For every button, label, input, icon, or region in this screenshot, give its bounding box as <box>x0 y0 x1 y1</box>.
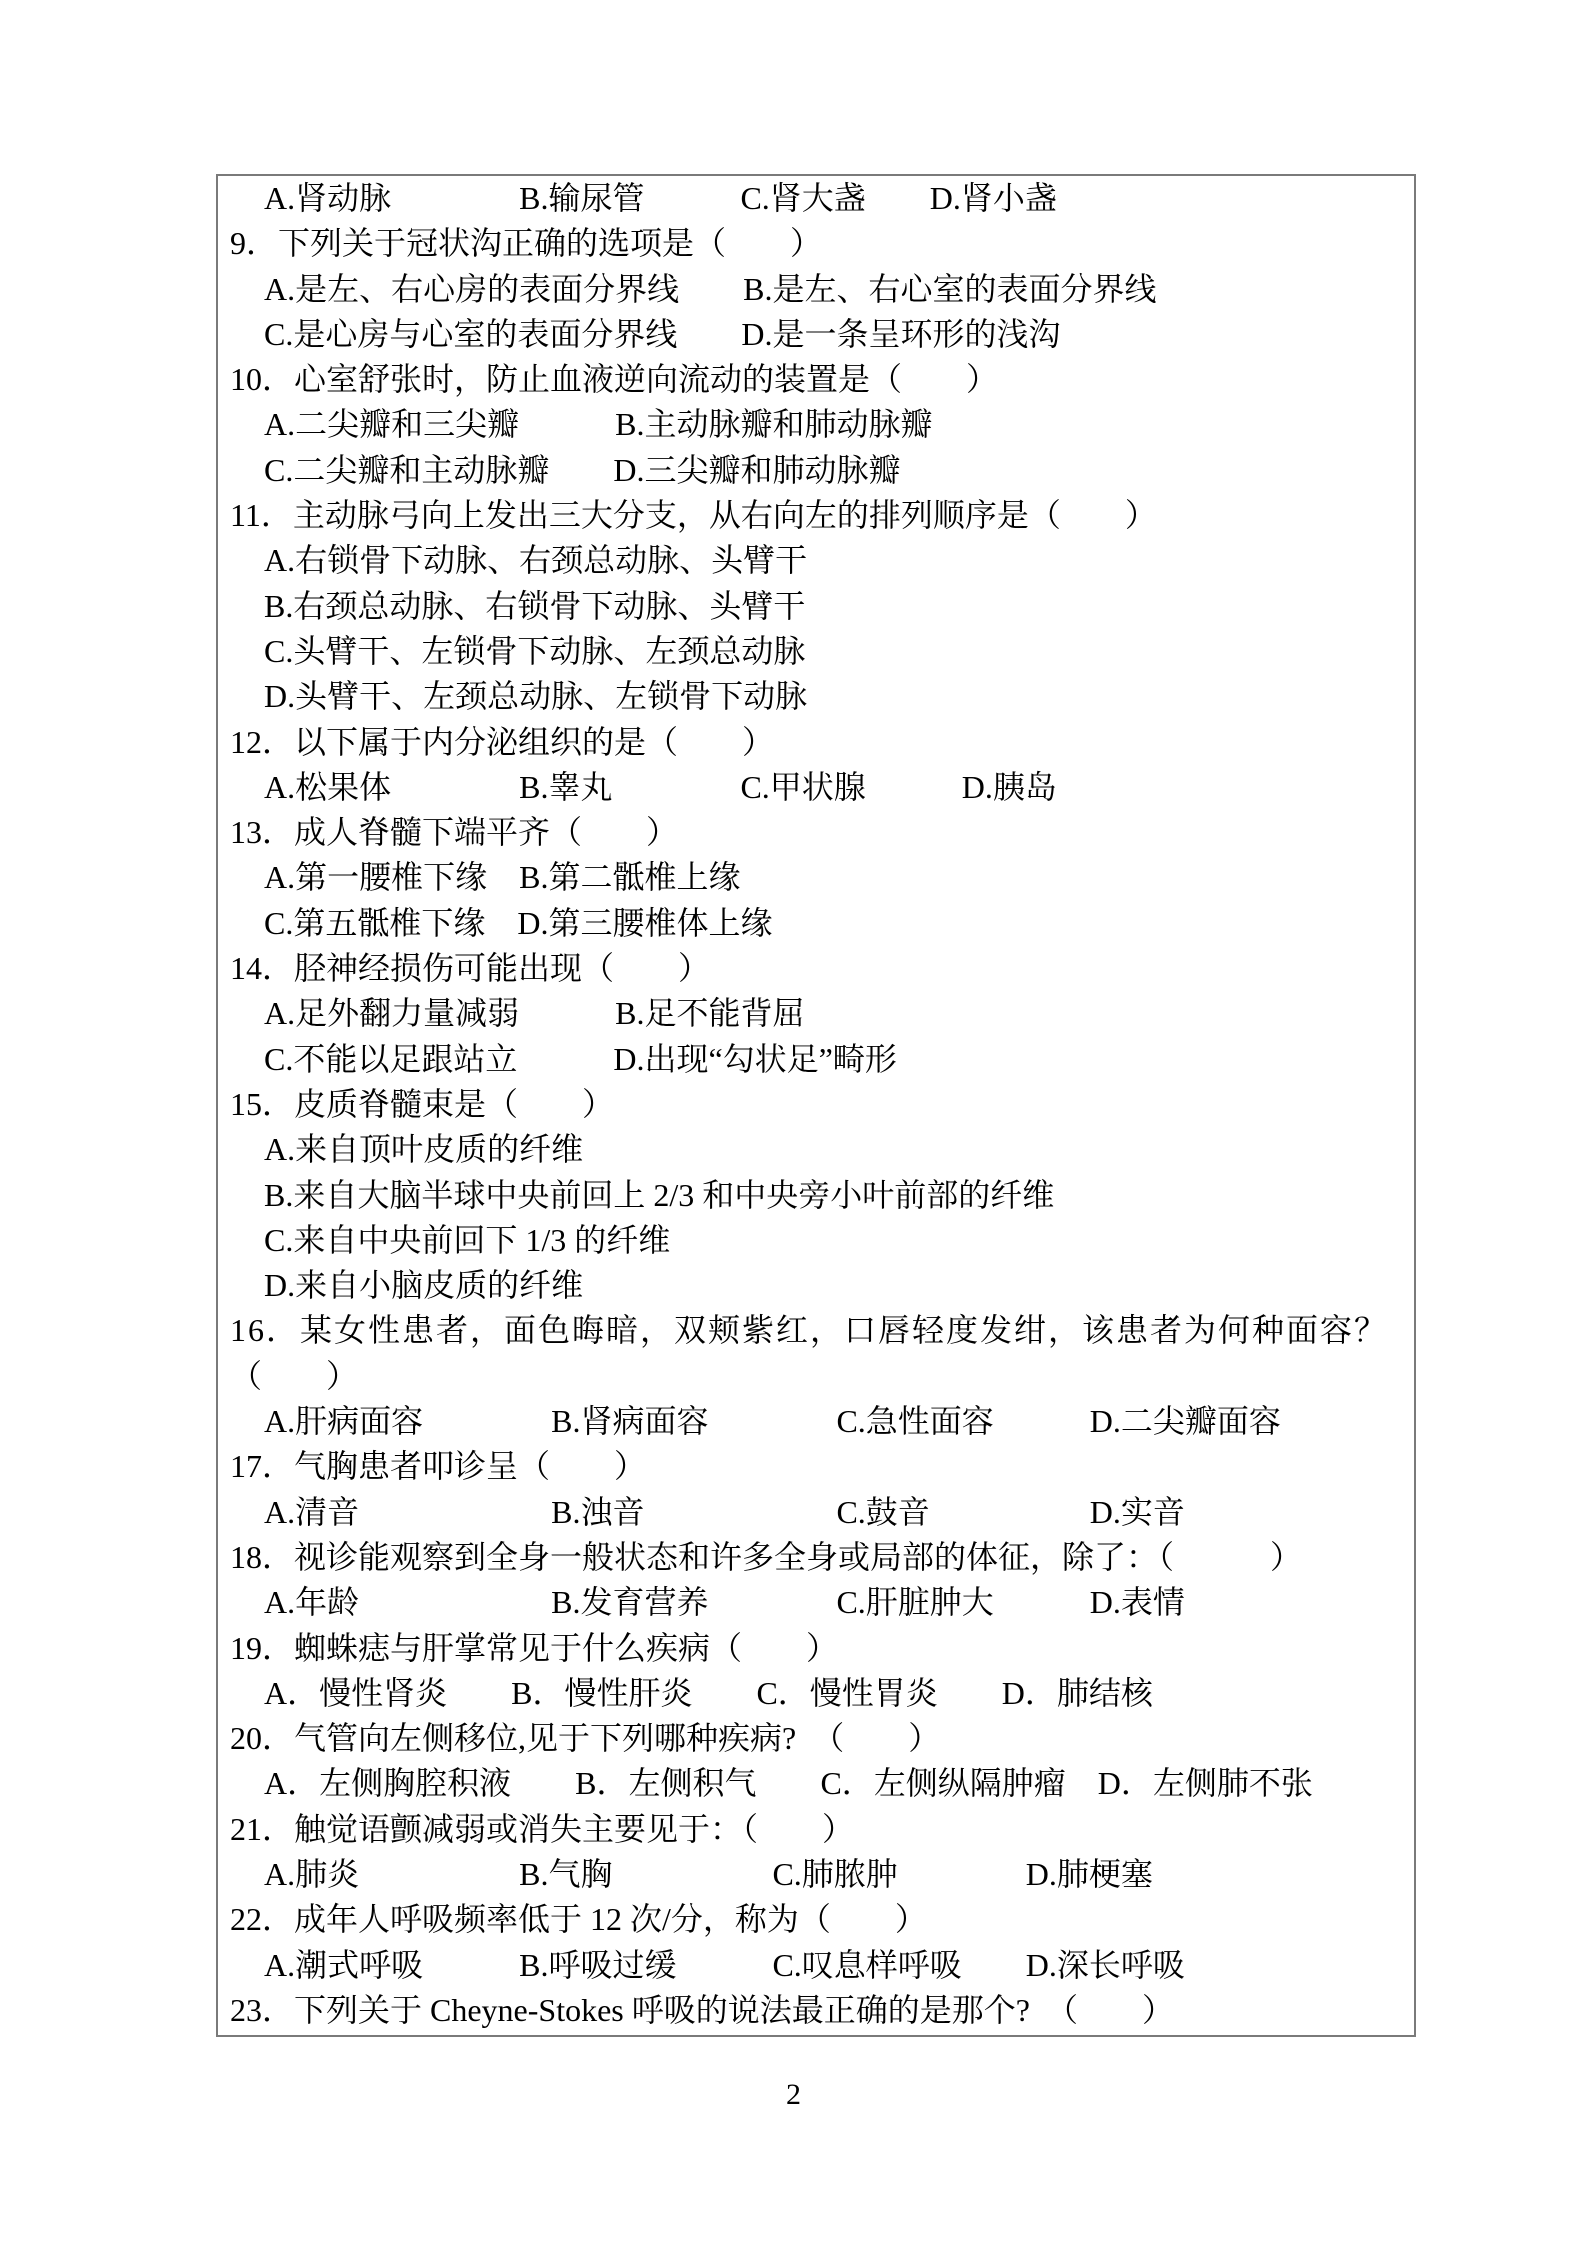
option-line: D.头臂干、左颈总动脉、左锁骨下动脉 <box>218 674 1414 719</box>
question-line: 11．主动脉弓向上发出三大分支，从右向左的排列顺序是（ ） <box>218 493 1414 538</box>
option-line: A.潮式呼吸 B.呼吸过缓 C.叹息样呼吸 D.深长呼吸 <box>218 1943 1414 1988</box>
question-line: 18．视诊能观察到全身一般状态和许多全身或局部的体征，除了：（ ） <box>218 1535 1414 1580</box>
question-line: 15．皮质脊髓束是（ ） <box>218 1082 1414 1127</box>
option-line: A.是左、右心房的表面分界线 B.是左、右心室的表面分界线 <box>218 267 1414 312</box>
option-line: A.年龄 B.发育营养 C.肝脏肿大 D.表情 <box>218 1580 1414 1625</box>
exam-questions-panel: A.肾动脉 B.输尿管 C.肾大盏 D.肾小盏9．下列关于冠状沟正确的选项是（ … <box>216 174 1416 2037</box>
question-line: 16．某女性患者，面色晦暗，双颊紫红，口唇轻度发绀，该患者为何种面容？ <box>218 1308 1414 1353</box>
option-line: A.肺炎 B.气胸 C.肺脓肿 D.肺梗塞 <box>218 1852 1414 1897</box>
question-line: （ ） <box>218 1354 1414 1399</box>
question-line: 21．触觉语颤减弱或消失主要见于：（ ） <box>218 1807 1414 1852</box>
option-line: B.来自大脑半球中央前回上 2/3 和中央旁小叶前部的纤维 <box>218 1173 1414 1218</box>
option-line: A.第一腰椎下缘 B.第二骶椎上缘 <box>218 855 1414 900</box>
option-line: A.清音 B.浊音 C.鼓音 D.实音 <box>218 1490 1414 1535</box>
question-line: 17．气胸患者叩诊呈（ ） <box>218 1444 1414 1489</box>
question-line: 20．气管向左侧移位,见于下列哪种疾病? （ ） <box>218 1716 1414 1761</box>
option-line: A.肝病面容 B.肾病面容 C.急性面容 D.二尖瓣面容 <box>218 1399 1414 1444</box>
option-line: A.肾动脉 B.输尿管 C.肾大盏 D.肾小盏 <box>218 176 1414 221</box>
option-line: A.二尖瓣和三尖瓣 B.主动脉瓣和肺动脉瓣 <box>218 402 1414 447</box>
question-line: 9．下列关于冠状沟正确的选项是（ ） <box>218 221 1414 266</box>
option-line: C.不能以足跟站立 D.出现“勾状足”畸形 <box>218 1037 1414 1082</box>
question-line: 14．胫神经损伤可能出现（ ） <box>218 946 1414 991</box>
option-line: C.来自中央前回下 1/3 的纤维 <box>218 1218 1414 1263</box>
question-line: 19．蜘蛛痣与肝掌常见于什么疾病（ ） <box>218 1626 1414 1671</box>
question-line: 12．以下属于内分泌组织的是（ ） <box>218 720 1414 765</box>
page-number: 2 <box>0 2078 1587 2112</box>
option-line: A.松果体 B.睾丸 C.甲状腺 D.胰岛 <box>218 765 1414 810</box>
question-line: 22．成年人呼吸频率低于 12 次/分，称为（ ） <box>218 1897 1414 1942</box>
option-line: C.第五骶椎下缘 D.第三腰椎体上缘 <box>218 901 1414 946</box>
option-line: A．左侧胸腔积液 B．左侧积气 C．左侧纵隔肿瘤 D．左侧肺不张 <box>218 1761 1414 1806</box>
option-line: A．慢性肾炎 B．慢性肝炎 C．慢性胃炎 D．肺结核 <box>218 1671 1414 1716</box>
question-line: 10．心室舒张时，防止血液逆向流动的装置是（ ） <box>218 357 1414 402</box>
exam-page: A.肾动脉 B.输尿管 C.肾大盏 D.肾小盏9．下列关于冠状沟正确的选项是（ … <box>0 0 1587 2245</box>
option-line: C.二尖瓣和主动脉瓣 D.三尖瓣和肺动脉瓣 <box>218 448 1414 493</box>
option-line: B.右颈总动脉、右锁骨下动脉、头臂干 <box>218 584 1414 629</box>
option-line: C.是心房与心室的表面分界线 D.是一条呈环形的浅沟 <box>218 312 1414 357</box>
question-line: 23．下列关于 Cheyne-Stokes 呼吸的说法最正确的是那个? （ ） <box>218 1988 1414 2033</box>
option-line: A.右锁骨下动脉、右颈总动脉、头臂干 <box>218 538 1414 583</box>
option-line: D.来自小脑皮质的纤维 <box>218 1263 1414 1308</box>
option-line: A.足外翻力量减弱 B.足不能背屈 <box>218 991 1414 1036</box>
option-line: A.来自顶叶皮质的纤维 <box>218 1127 1414 1172</box>
question-line: 13．成人脊髓下端平齐（ ） <box>218 810 1414 855</box>
option-line: C.头臂干、左锁骨下动脉、左颈总动脉 <box>218 629 1414 674</box>
